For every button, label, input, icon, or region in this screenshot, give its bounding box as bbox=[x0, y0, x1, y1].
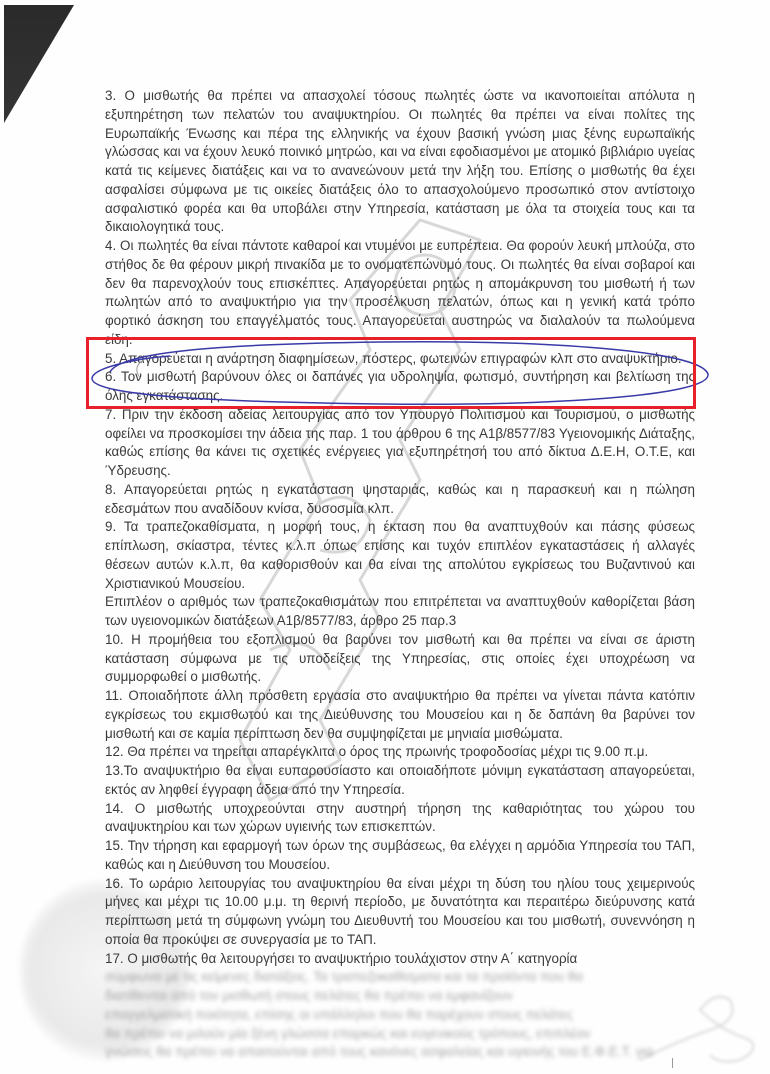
clause-4: 4. Οι πωλητές θα είναι πάντοτε καθαροί κ… bbox=[105, 237, 695, 350]
clause-5: 5. Απαγορεύεται η ανάρτηση διαφημίσεων, … bbox=[105, 350, 695, 369]
clause-8: 8. Απαγορεύεται ρητώς η εγκατάσταση ψηστ… bbox=[105, 481, 695, 519]
clause-10: 10. Η προμήθεια του εξοπλισμού θα βαρύνε… bbox=[105, 631, 695, 687]
blurred-line: σύμφωνα με τις κείμενες διατάξεις. Τα τρ… bbox=[105, 968, 695, 987]
clause-7: 7. Πριν την έκδοση αδείας λειτουργίας απ… bbox=[105, 406, 695, 481]
blurred-line: γνώσεις θα πρέπει να απαιτούνται από του… bbox=[105, 1043, 695, 1062]
clause-15: 15. Την τήρηση και εφαρμογή των όρων της… bbox=[105, 837, 695, 875]
clause-16: 16. Το ωράριο λειτουργίας του αναψυκτηρί… bbox=[105, 875, 695, 950]
clause-11: 11. Οποιαδήποτε άλλη πρόσθετη εργασία στ… bbox=[105, 687, 695, 743]
clause-12: 12. Θα πρέπει να τηρείται απαρέγκλιτα ο … bbox=[105, 743, 695, 762]
scanner-edge-shadow bbox=[4, 5, 74, 123]
clause-9: 9. Τα τραπεζοκαθίσματα, η μορφή τους, η … bbox=[105, 518, 695, 593]
blurred-line: θα πρέπει να μιλούν μία ξένη γλώσσα επαρ… bbox=[105, 1025, 695, 1044]
blurred-text-block: σύμφωνα με τις κείμενες διατάξεις. Τα τρ… bbox=[105, 968, 695, 1062]
clause-14: 14. Ο μισθωτής υποχρεούνται στην αυστηρή… bbox=[105, 800, 695, 838]
blurred-line: επαγγελματική ποιότητα, επίσης οι υπάλλη… bbox=[105, 1006, 695, 1025]
clause-3: 3. Ο μισθωτής θα πρέπει να απασχολεί τόσ… bbox=[105, 87, 695, 237]
scanned-document-page: 3. Ο μισθωτής θα πρέπει να απασχολεί τόσ… bbox=[0, 0, 770, 1074]
blurred-line: διατίθενται από τον μισθωτή στους πελάτε… bbox=[105, 987, 695, 1006]
clause-13: 13.Το αναψυκτήριο θα είναι ευπαρουσίαστο… bbox=[105, 762, 695, 800]
page-edge-mark bbox=[672, 1058, 673, 1068]
clause-17: 17. Ο μισθωτής θα λειτουργήσει το αναψυκ… bbox=[105, 950, 695, 969]
document-text: 3. Ο μισθωτής θα πρέπει να απασχολεί τόσ… bbox=[105, 87, 695, 1062]
clause-6: 6. Τον μισθωτή βαρύνουν όλες οι δαπάνες … bbox=[105, 368, 695, 406]
clause-9-addendum: Επιπλέον ο αριθμός των τραπεζοκαθισμάτων… bbox=[105, 593, 695, 631]
